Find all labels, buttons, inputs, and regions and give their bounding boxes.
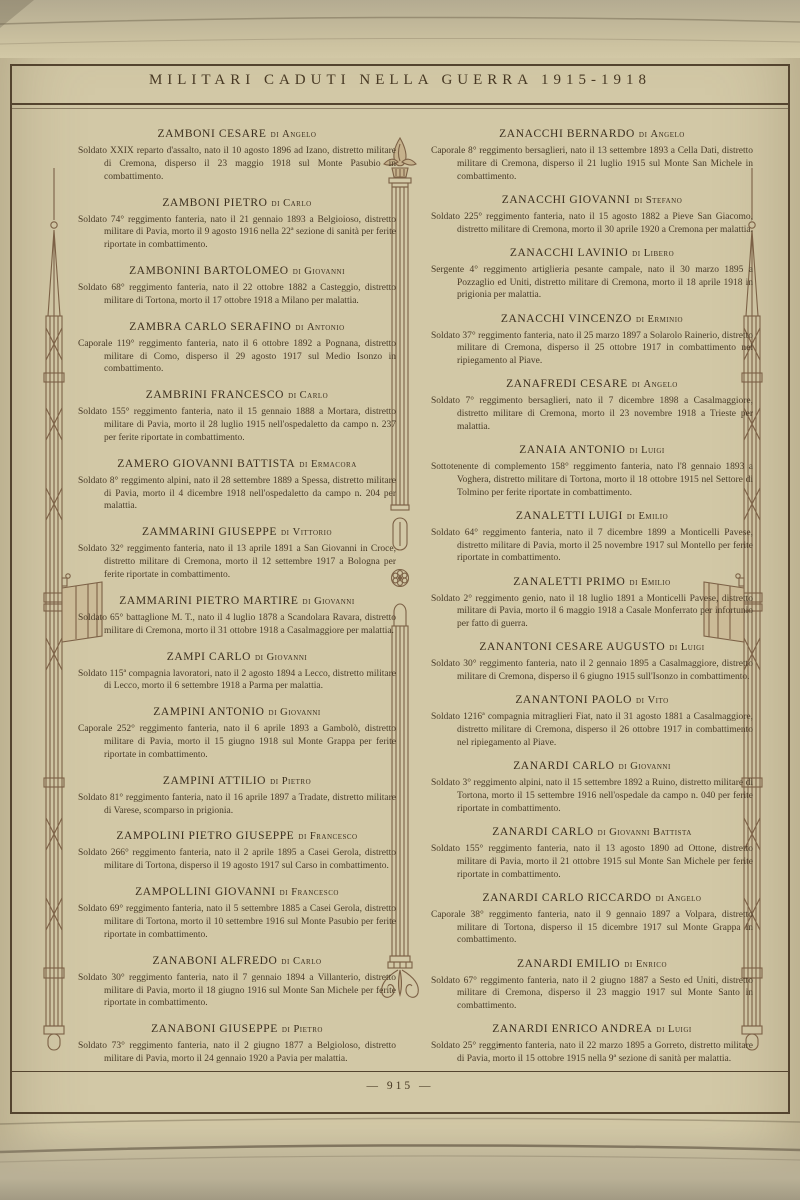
casualty-entry: ZAMPINI ATTILIOdiPietro Soldato 81° regg… — [78, 775, 396, 818]
entry-description: Soldato 3° reggimento alpini, nato il 15… — [431, 777, 753, 815]
soldier-name: ZANALETTI PRIMO — [513, 576, 625, 588]
father-name: Giovanni — [630, 761, 671, 772]
patronymic-connector: di — [271, 129, 280, 140]
casualty-entry: ZANARDI ENRICO ANDREAdiLuigi Soldato 25°… — [431, 1023, 753, 1066]
father-name: Francesco — [310, 831, 358, 842]
soldier-name: ZANARDI CARLO — [513, 760, 614, 772]
entry-description: Soldato 67° reggimento fanteria, nato il… — [431, 975, 753, 1013]
father-name: Angelo — [282, 129, 316, 140]
soldier-name: ZANARDI CARLO RICCARDO — [482, 892, 651, 904]
casualty-entry: ZAMBONI CESAREdiAngelo Soldato XXIX repa… — [78, 128, 396, 183]
entry-heading: ZANALETTI PRIMOdiEmilio — [431, 576, 753, 588]
patronymic-connector: di — [280, 887, 289, 898]
entry-description: Soldato 69° reggimento fanteria, nato il… — [78, 903, 396, 941]
father-name: Luigi — [668, 1024, 692, 1035]
soldier-name: ZANARDI EMILIO — [517, 958, 620, 970]
entry-heading: ZAMPINI ANTONIOdiGiovanni — [78, 706, 396, 718]
soldier-name: ZANAIA ANTONIO — [519, 444, 625, 456]
soldier-name: ZAMPINI ANTONIO — [153, 706, 264, 718]
soldier-name: ZANARDI ENRICO ANDREA — [492, 1023, 652, 1035]
entries-area: ZAMBONI CESAREdiAngelo Soldato XXIX repa… — [0, 128, 800, 1066]
soldier-name: ZANANTONI PAOLO — [515, 694, 632, 706]
patronymic-connector: di — [272, 198, 281, 209]
entry-heading: ZANARDI CARLOdiGiovanni — [431, 760, 753, 772]
father-name: Giovanni — [280, 707, 321, 718]
entry-heading: ZAMBONINI BARTOLOMEOdiGiovanni — [78, 265, 396, 277]
entry-description: Soldato 30° reggimento fanteria, nato il… — [431, 658, 753, 684]
entry-heading: ZAMBONI PIETROdiCarlo — [78, 197, 396, 209]
casualty-entry: ZANACCHI VINCENZOdiErminio Soldato 37° r… — [431, 313, 753, 368]
patronymic-connector: di — [270, 776, 279, 787]
patronymic-connector: di — [624, 959, 633, 970]
patronymic-connector: di — [636, 695, 645, 706]
soldier-name: ZAMBRA CARLO SERAFINO — [129, 321, 291, 333]
father-name: Carlo — [300, 390, 329, 401]
father-name: Giovanni — [314, 596, 355, 607]
father-name: Luigi — [681, 642, 705, 653]
patronymic-connector: di — [298, 831, 307, 842]
entry-description: Sottotenente di complemento 158° reggime… — [431, 461, 753, 499]
entry-heading: ZAMBRINI FRANCESCOdiCarlo — [78, 389, 396, 401]
casualty-entry: ZAMMARINI GIUSEPPEdiVittorio Soldato 32°… — [78, 526, 396, 581]
entry-description: Soldato 81° reggimento fanteria, nato il… — [78, 792, 396, 818]
patronymic-connector: di — [295, 322, 304, 333]
casualty-entry: ZANACCHI BERNARDOdiAngelo Caporale 8° re… — [431, 128, 753, 183]
entry-heading: ZANAIA ANTONIOdiLuigi — [431, 444, 753, 456]
entry-description: Sergente 4° reggimento artiglieria pesan… — [431, 264, 753, 302]
father-name: Antonio — [307, 322, 345, 333]
soldier-name: ZANACCHI VINCENZO — [501, 313, 632, 325]
father-name: Vito — [648, 695, 669, 706]
soldier-name: ZANABONI GIUSEPPE — [151, 1023, 278, 1035]
header-top-rule — [10, 64, 790, 66]
casualty-entry: ZAMPOLINI PIETRO GIUSEPPEdiFrancesco Sol… — [78, 830, 396, 873]
casualty-entry: ZANACCHI GIOVANNIdiStefano Soldato 225° … — [431, 194, 753, 237]
entry-description: Soldato XXIX reparto d'assalto, nato il … — [78, 145, 396, 183]
entry-heading: ZAMERO GIOVANNI BATTISTAdiErmacora — [78, 458, 396, 470]
entry-description: Soldato 64° reggimento fanteria, nato il… — [431, 527, 753, 565]
father-name: Libero — [644, 248, 674, 259]
entry-description: Caporale 252° reggimento fanteria, nato … — [78, 723, 396, 761]
entry-description: Soldato 1216ª compagnia mitraglieri Fiat… — [431, 711, 753, 749]
entry-heading: ZANABONI ALFREDOdiCarlo — [78, 955, 396, 967]
entry-heading: ZAMPOLINI PIETRO GIUSEPPEdiFrancesco — [78, 830, 396, 842]
soldier-name: ZANAFREDI CESARE — [506, 378, 628, 390]
header-bottom-rule-2 — [10, 108, 790, 109]
patronymic-connector: di — [636, 314, 645, 325]
patronymic-connector: di — [632, 379, 641, 390]
father-name: Carlo — [283, 198, 312, 209]
entry-heading: ZANACCHI BERNARDOdiAngelo — [431, 128, 753, 140]
patronymic-connector: di — [656, 1024, 665, 1035]
entry-heading: ZANARDI EMILIOdiEnrico — [431, 958, 753, 970]
page-title: MILITARI CADUTI NELLA GUERRA 1915-1918 — [0, 72, 800, 89]
father-name: Stefano — [646, 195, 682, 206]
patronymic-connector: di — [282, 1024, 291, 1035]
casualty-entry: ZANARDI CARLO RICCARDOdiAngelo Caporale … — [431, 892, 753, 947]
patronymic-connector: di — [632, 248, 641, 259]
soldier-name: ZAMBONINI BARTOLOMEO — [129, 265, 289, 277]
entry-heading: ZAMBONI CESAREdiAngelo — [78, 128, 396, 140]
patronymic-connector: di — [288, 390, 297, 401]
casualty-entry: ZAMBONI PIETROdiCarlo Soldato 74° reggim… — [78, 197, 396, 252]
father-name: Erminio — [648, 314, 684, 325]
soldier-name: ZANACCHI GIOVANNI — [502, 194, 631, 206]
entry-heading: ZAMMARINI PIETRO MARTIREdiGiovanni — [78, 595, 396, 607]
entry-description: Soldato 30° reggimento fanteria, nato il… — [78, 972, 396, 1010]
casualty-entry: ZANABONI ALFREDOdiCarlo Soldato 30° regg… — [78, 955, 396, 1010]
soldier-name: ZANANTONI CESARE AUGUSTO — [479, 641, 665, 653]
patronymic-connector: di — [598, 827, 607, 838]
entry-description: Soldato 74° reggimento fanteria, nato il… — [78, 214, 396, 252]
casualty-entry: ZANALETTI LUIGIdiEmilio Soldato 64° regg… — [431, 510, 753, 565]
entry-description: Soldato 73° reggimento fanteria, nato il… — [78, 1040, 396, 1066]
patronymic-connector: di — [634, 195, 643, 206]
soldier-name: ZAMBONI CESARE — [158, 128, 267, 140]
patronymic-connector: di — [302, 596, 311, 607]
scan-bottom-edge — [0, 1128, 800, 1200]
soldier-name: ZAMPOLINI PIETRO GIUSEPPE — [116, 830, 294, 842]
entry-description: Soldato 68° reggimento fanteria, nato il… — [78, 282, 396, 308]
top-page-curl-lines — [0, 0, 800, 60]
father-name: Angelo — [651, 129, 685, 140]
patronymic-connector: di — [619, 761, 628, 772]
soldier-name: ZAMPOLLINI GIOVANNI — [135, 886, 276, 898]
entry-description: Soldato 7° reggimento bersaglieri, nato … — [431, 395, 753, 433]
soldier-name: ZANACCHI BERNARDO — [499, 128, 635, 140]
entry-heading: ZAMPOLLINI GIOVANNIdiFrancesco — [78, 886, 396, 898]
page-number: — 915 — — [0, 1080, 800, 1092]
entry-description: Soldato 2° reggimento genio, nato il 18 … — [431, 593, 753, 631]
soldier-name: ZAMERO GIOVANNI BATTISTA — [117, 458, 295, 470]
casualty-entry: ZANAFREDI CESAREdiAngelo Soldato 7° regg… — [431, 378, 753, 433]
scanned-page: MILITARI CADUTI NELLA GUERRA 1915-1918 — [0, 0, 800, 1200]
patronymic-connector: di — [299, 459, 308, 470]
entry-heading: ZAMPI CARLOdiGiovanni — [78, 651, 396, 663]
casualty-entry: ZAMMARINI PIETRO MARTIREdiGiovanni Solda… — [78, 595, 396, 638]
patronymic-connector: di — [281, 956, 290, 967]
father-name: Angelo — [644, 379, 678, 390]
entry-heading: ZAMBRA CARLO SERAFINOdiAntonio — [78, 321, 396, 333]
entry-heading: ZANAFREDI CESAREdiAngelo — [431, 378, 753, 390]
casualty-entry: ZANABONI GIUSEPPEdiPietro Soldato 73° re… — [78, 1023, 396, 1066]
patronymic-connector: di — [629, 445, 638, 456]
patronymic-connector: di — [669, 642, 678, 653]
footer-top-rule — [10, 1071, 790, 1072]
father-name: Pietro — [293, 1024, 322, 1035]
soldier-name: ZAMPINI ATTILIO — [163, 775, 266, 787]
casualty-entry: ZANAIA ANTONIOdiLuigi Sottotenente di co… — [431, 444, 753, 499]
father-name: Angelo — [667, 893, 701, 904]
entry-heading: ZAMMARINI GIUSEPPEdiVittorio — [78, 526, 396, 538]
entry-heading: ZANACCHI GIOVANNIdiStefano — [431, 194, 753, 206]
patronymic-connector: di — [255, 652, 264, 663]
soldier-name: ZAMPI CARLO — [167, 651, 251, 663]
end-of-list-dot: • — [498, 1040, 501, 1050]
header-bottom-rule — [10, 103, 790, 105]
father-name: Giovanni — [304, 266, 345, 277]
casualty-entry: ZAMPOLLINI GIOVANNIdiFrancesco Soldato 6… — [78, 886, 396, 941]
entry-heading: ZAMPINI ATTILIOdiPietro — [78, 775, 396, 787]
soldier-name: ZAMBRINI FRANCESCO — [146, 389, 284, 401]
father-name: Ermacora — [311, 459, 357, 470]
entry-description: Soldato 266° reggimento fanteria, nato i… — [78, 847, 396, 873]
entry-description: Soldato 25° reggimento fanteria, nato il… — [431, 1040, 753, 1066]
entry-heading: ZANACCHI LAVINIOdiLibero — [431, 247, 753, 259]
column-right: ZANACCHI BERNARDOdiAngelo Caporale 8° re… — [431, 128, 753, 1066]
casualty-entry: ZANARDI CARLOdiGiovanni Soldato 3° reggi… — [431, 760, 753, 815]
soldier-name: ZANARDI CARLO — [492, 826, 593, 838]
entry-heading: ZANARDI CARLOdiGiovanni Battista — [431, 826, 753, 838]
casualty-entry: ZAMBRINI FRANCESCOdiCarlo Soldato 155° r… — [78, 389, 396, 444]
entry-description: Soldato 32° reggimento fanteria, nato il… — [78, 543, 396, 581]
father-name: Giovanni Battista — [609, 827, 692, 838]
patronymic-connector: di — [269, 707, 278, 718]
column-left: ZAMBONI CESAREdiAngelo Soldato XXIX repa… — [78, 128, 396, 1066]
father-name: Francesco — [291, 887, 339, 898]
casualty-entry: ZAMPI CARLOdiGiovanni Soldato 115ª compa… — [78, 651, 396, 694]
casualty-entry: ZANANTONI PAOLOdiVito Soldato 1216ª comp… — [431, 694, 753, 749]
casualty-entry: ZAMBONINI BARTOLOMEOdiGiovanni Soldato 6… — [78, 265, 396, 308]
patronymic-connector: di — [281, 527, 290, 538]
casualty-entry: ZANARDI CARLOdiGiovanni Battista Soldato… — [431, 826, 753, 881]
entry-description: Soldato 155° reggimento fanteria, nato i… — [78, 406, 396, 444]
entry-heading: ZANARDI CARLO RICCARDOdiAngelo — [431, 892, 753, 904]
title-band: MILITARI CADUTI NELLA GUERRA 1915-1918 — [0, 72, 800, 89]
father-name: Vittorio — [293, 527, 332, 538]
father-name: Emilio — [641, 577, 671, 588]
patronymic-connector: di — [627, 511, 636, 522]
patronymic-connector: di — [293, 266, 302, 277]
entry-description: Caporale 38° reggimento fanteria, nato i… — [431, 909, 753, 947]
entry-heading: ZANABONI GIUSEPPEdiPietro — [78, 1023, 396, 1035]
entry-description: Caporale 119° reggimento fanteria, nato … — [78, 338, 396, 376]
father-name: Pietro — [282, 776, 311, 787]
casualty-entry: ZAMBRA CARLO SERAFINOdiAntonio Caporale … — [78, 321, 396, 376]
soldier-name: ZAMMARINI GIUSEPPE — [142, 526, 277, 538]
patronymic-connector: di — [629, 577, 638, 588]
entry-description: Soldato 8° reggimento alpini, nato il 28… — [78, 475, 396, 513]
entry-heading: ZANANTONI PAOLOdiVito — [431, 694, 753, 706]
entry-description: Soldato 115ª compagnia lavoratori, nato … — [78, 668, 396, 694]
casualty-entry: ZAMERO GIOVANNI BATTISTAdiErmacora Solda… — [78, 458, 396, 513]
entry-description: Soldato 37° reggimento fanteria, nato il… — [431, 330, 753, 368]
casualty-entry: ZAMPINI ANTONIOdiGiovanni Caporale 252° … — [78, 706, 396, 761]
soldier-name: ZAMMARINI PIETRO MARTIRE — [119, 595, 298, 607]
entry-description: Soldato 65° battaglione M. T., nato il 4… — [78, 612, 396, 638]
soldier-name: ZAMBONI PIETRO — [162, 197, 267, 209]
entry-heading: ZANACCHI VINCENZOdiErminio — [431, 313, 753, 325]
patronymic-connector: di — [639, 129, 648, 140]
soldier-name: ZANALETTI LUIGI — [516, 510, 623, 522]
entry-heading: ZANALETTI LUIGIdiEmilio — [431, 510, 753, 522]
father-name: Luigi — [641, 445, 665, 456]
entry-heading: ZANARDI ENRICO ANDREAdiLuigi — [431, 1023, 753, 1035]
entry-description: Soldato 155° reggimento fanteria, nato i… — [431, 843, 753, 881]
casualty-entry: ZANANTONI CESARE AUGUSTOdiLuigi Soldato … — [431, 641, 753, 684]
soldier-name: ZANACCHI LAVINIO — [510, 247, 628, 259]
father-name: Giovanni — [267, 652, 308, 663]
father-name: Enrico — [636, 959, 667, 970]
casualty-entry: ZANALETTI PRIMOdiEmilio Soldato 2° reggi… — [431, 576, 753, 631]
casualty-entry: ZANARDI EMILIOdiEnrico Soldato 67° reggi… — [431, 958, 753, 1013]
patronymic-connector: di — [656, 893, 665, 904]
soldier-name: ZANABONI ALFREDO — [152, 955, 277, 967]
casualty-entry: ZANACCHI LAVINIOdiLibero Sergente 4° reg… — [431, 247, 753, 302]
entry-heading: ZANANTONI CESARE AUGUSTOdiLuigi — [431, 641, 753, 653]
entry-description: Soldato 225° reggimento fanteria, nato i… — [431, 211, 753, 237]
entry-description: Caporale 8° reggimento bersaglieri, nato… — [431, 145, 753, 183]
father-name: Carlo — [293, 956, 322, 967]
father-name: Emilio — [639, 511, 669, 522]
